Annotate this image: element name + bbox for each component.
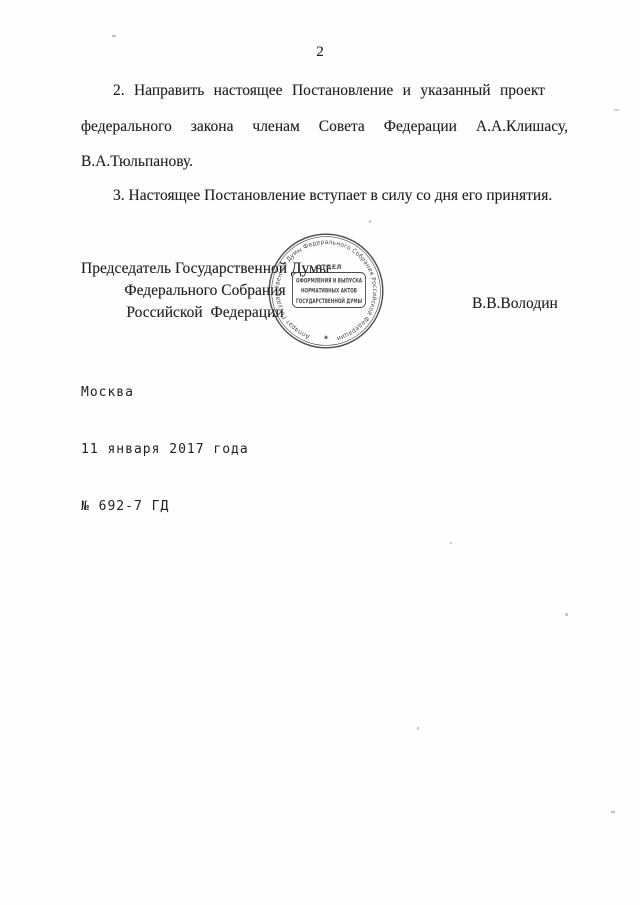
scan-speck <box>450 542 452 544</box>
para-2-line-1: 2. Направить настоящее Постановление и у… <box>113 81 545 101</box>
stamp-center-line-2: ОФОРМЛЕНИЯ И ВЫПУСКА <box>296 279 362 285</box>
scan-speck <box>417 727 419 730</box>
stamp-center-line-4: ГОСУДАРСТВЕННОЙ ДУМЫ <box>296 297 362 305</box>
footer-block: Москва 11 января 2017 года № 692-7 ГД <box>81 345 249 535</box>
official-round-stamp: Аппарат Государственной Думы Федеральног… <box>264 229 388 353</box>
page-number: 2 <box>0 44 640 61</box>
stamp-star-icon: ★ <box>323 334 329 342</box>
word: проект <box>500 81 545 101</box>
scanned-document-page: { "page": { "number": "2" }, "body": { "… <box>0 0 640 905</box>
scan-speck <box>565 613 568 616</box>
word: членам <box>252 117 299 137</box>
scan-speck <box>369 220 371 223</box>
word: федерального <box>81 117 172 137</box>
word: настоящее <box>214 81 283 101</box>
stamp-center-line-3: НОРМАТИВНЫХ АКТОВ <box>301 289 357 295</box>
footer-city: Москва <box>81 383 249 402</box>
stamp-center-line-1: ОТДЕЛ <box>316 264 342 271</box>
para-3: 3. Настоящее Постановление вступает в си… <box>113 186 552 206</box>
word: А.А.Клишасу, <box>476 117 568 137</box>
word: 2. <box>113 81 125 101</box>
scan-speck <box>611 811 615 813</box>
footer-document-number: № 692-7 ГД <box>81 497 249 516</box>
footer-date: 11 января 2017 года <box>81 440 249 459</box>
para-2-line-3: В.А.Тюльпанову. <box>81 152 193 172</box>
word: Федерации <box>384 117 457 137</box>
scan-speck <box>112 35 116 37</box>
para-2-line-2: федерального закона членам Совета Федера… <box>81 117 568 137</box>
word: и <box>403 81 411 101</box>
word: закона <box>191 117 234 137</box>
word: Постановление <box>292 81 393 101</box>
signature-name: В.В.Володин <box>472 295 558 313</box>
word: Совета <box>319 117 365 137</box>
scan-speck <box>614 109 619 111</box>
word: Направить <box>134 81 204 101</box>
word: указанный <box>420 81 490 101</box>
